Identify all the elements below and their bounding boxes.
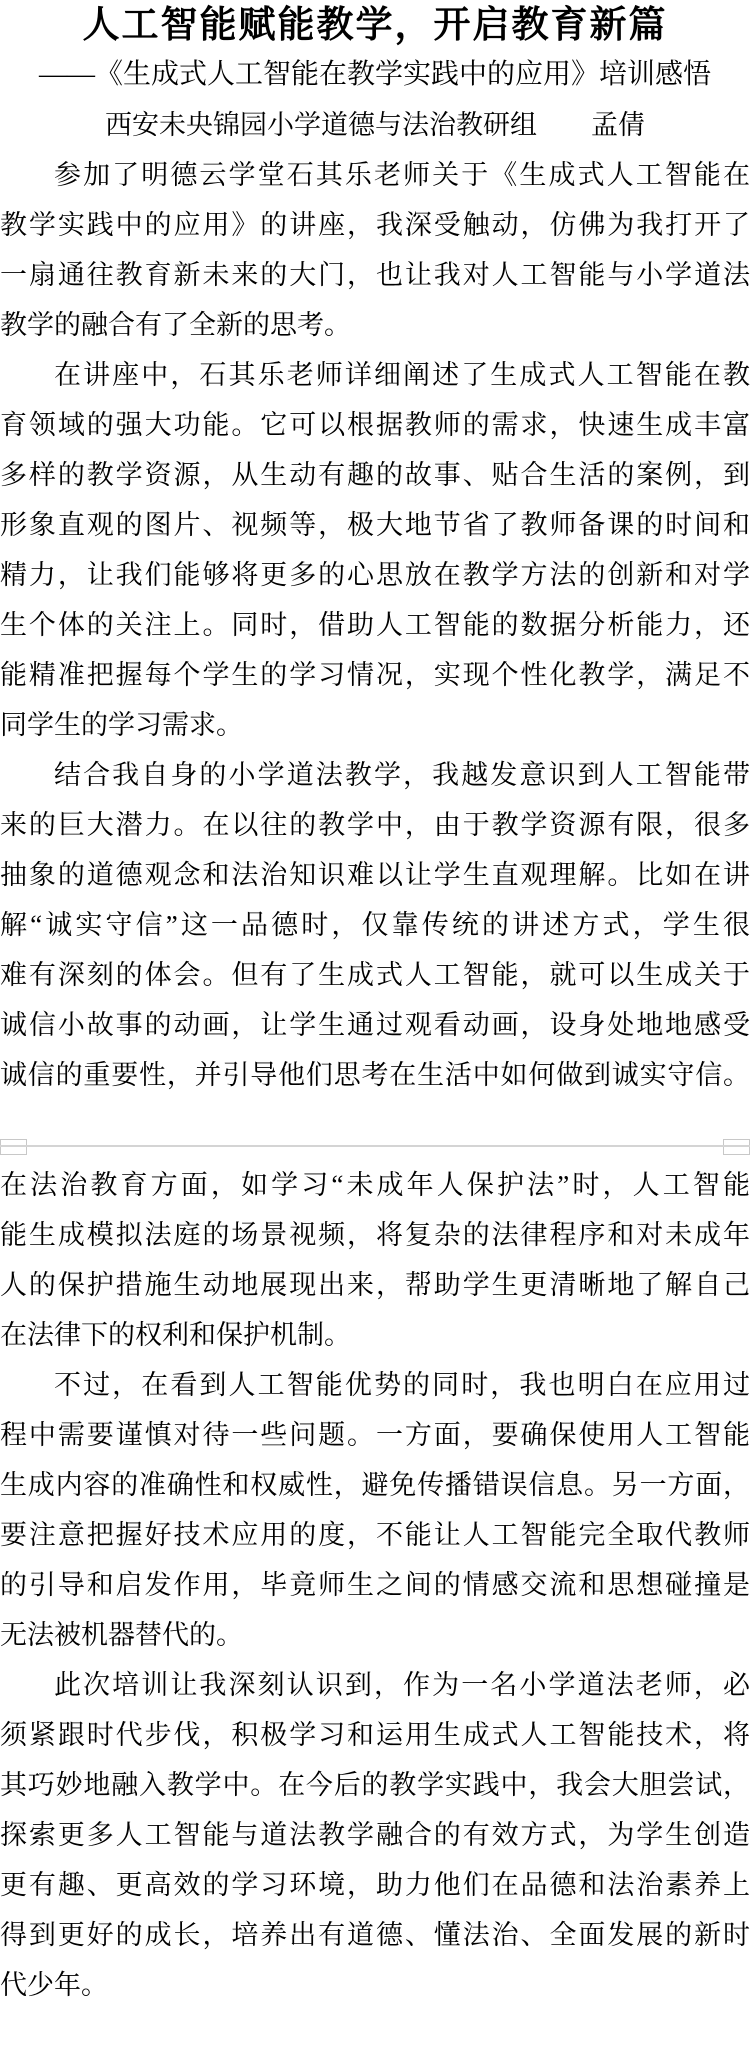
text-line: 结合我自身的小学道法教学，我越发意识到人工智能带: [0, 750, 750, 800]
text-line: 来的巨大潜力。在以往的教学中，由于教学资源有限，很多: [0, 800, 750, 850]
text-line: 教学的融合有了全新的思考。: [0, 300, 750, 350]
text-line: 生个体的关注上。同时，借助人工智能的数据分析能力，还: [0, 600, 750, 650]
text-line: 诚信小故事的动画，让学生通过观看动画，设身处地地感受: [0, 1000, 750, 1050]
page-boundary-rule: [0, 1145, 750, 1147]
text-line: 生成内容的准确性和权威性，避免传播错误信息。另一方面，: [0, 1460, 750, 1510]
text-line: 解“诚实守信”这一品德时，仅靠传统的讲述方式，学生很: [0, 900, 750, 950]
text-line: 不过，在看到人工智能优势的同时，我也明白在应用过: [0, 1360, 750, 1410]
text-line: 教学实践中的应用》的讲座，我深受触动，仿佛为我打开了: [0, 200, 750, 250]
text-line: 要注意把握好技术应用的度，不能让人工智能完全取代教师: [0, 1510, 750, 1560]
text-line: 在法治教育方面，如学习“未成年人保护法”时，人工智能: [0, 1160, 750, 1210]
byline: 西安未央锦园小学道德与法治教研组 孟倩: [0, 100, 750, 150]
text-line: 形象直观的图片、视频等，极大地节省了教师备课的时间和: [0, 500, 750, 550]
text-line: 在讲座中，石其乐老师详细阐述了生成式人工智能在教: [0, 350, 750, 400]
text-line: 人的保护措施生动地展现出来，帮助学生更清晰地了解自己: [0, 1260, 750, 1310]
text-line: 在法律下的权利和保护机制。: [0, 1310, 750, 1360]
text-line: 得到更好的成长，培养出有道德、懂法治、全面发展的新时: [0, 1910, 750, 1960]
text-line: 无法被机器替代的。: [0, 1610, 750, 1660]
doc-subtitle: ——《生成式人工智能在教学实践中的应用》培训感悟: [0, 50, 750, 100]
document-view: 人工智能赋能教学，开启教育新篇 ——《生成式人工智能在教学实践中的应用》培训感悟…: [0, 0, 750, 2067]
text-line: 能精准把握每个学生的学习情况，实现个性化教学，满足不: [0, 650, 750, 700]
text-line: 精力，让我们能够将更多的心思放在教学方法的创新和对学: [0, 550, 750, 600]
text-line: 难有深刻的体会。但有了生成式人工智能，就可以生成关于: [0, 950, 750, 1000]
page-title: 人工智能赋能教学，开启教育新篇: [0, 0, 750, 50]
text-line: 其巧妙地融入教学中。在今后的教学实践中，我会大胆尝试，: [0, 1760, 750, 1810]
text-line: 能生成模拟法庭的场景视频，将复杂的法律程序和对未成年: [0, 1210, 750, 1260]
document-page-1: 参加了明德云学堂石其乐老师关于《生成式人工智能在教学实践中的应用》的讲座，我深受…: [0, 150, 750, 1100]
text-line: 育领域的强大功能。它可以根据教师的需求，快速生成丰富: [0, 400, 750, 450]
page-boundary-right-box: [723, 1139, 750, 1155]
text-line: 此次培训让我深刻认识到，作为一名小学道法老师，必: [0, 1660, 750, 1710]
text-line: 的引导和启发作用，毕竟师生之间的情感交流和思想碰撞是: [0, 1560, 750, 1610]
text-line: 抽象的道德观念和法治知识难以让学生直观理解。比如在讲: [0, 850, 750, 900]
text-line: 同学生的学习需求。: [0, 700, 750, 750]
text-line: 诚信的重要性，并引导他们思考在生活中如何做到诚实守信。: [0, 1050, 750, 1100]
page-boundary-left-box: [0, 1139, 27, 1155]
page-boundary: [0, 1100, 750, 1160]
text-line: 探索更多人工智能与道法教学融合的有效方式，为学生创造: [0, 1810, 750, 1860]
text-line: 多样的教学资源，从生动有趣的故事、贴合生活的案例，到: [0, 450, 750, 500]
document-page-2: 在法治教育方面，如学习“未成年人保护法”时，人工智能能生成模拟法庭的场景视频，将…: [0, 1160, 750, 2010]
text-line: 须紧跟时代步伐，积极学习和运用生成式人工智能技术，将: [0, 1710, 750, 1760]
text-line: 一扇通往教育新未来的大门，也让我对人工智能与小学道法: [0, 250, 750, 300]
text-line: 代少年。: [0, 1960, 750, 2010]
text-line: 参加了明德云学堂石其乐老师关于《生成式人工智能在: [0, 150, 750, 200]
text-line: 更有趣、更高效的学习环境，助力他们在品德和法治素养上: [0, 1860, 750, 1910]
text-line: 程中需要谨慎对待一些问题。一方面，要确保使用人工智能: [0, 1410, 750, 1460]
